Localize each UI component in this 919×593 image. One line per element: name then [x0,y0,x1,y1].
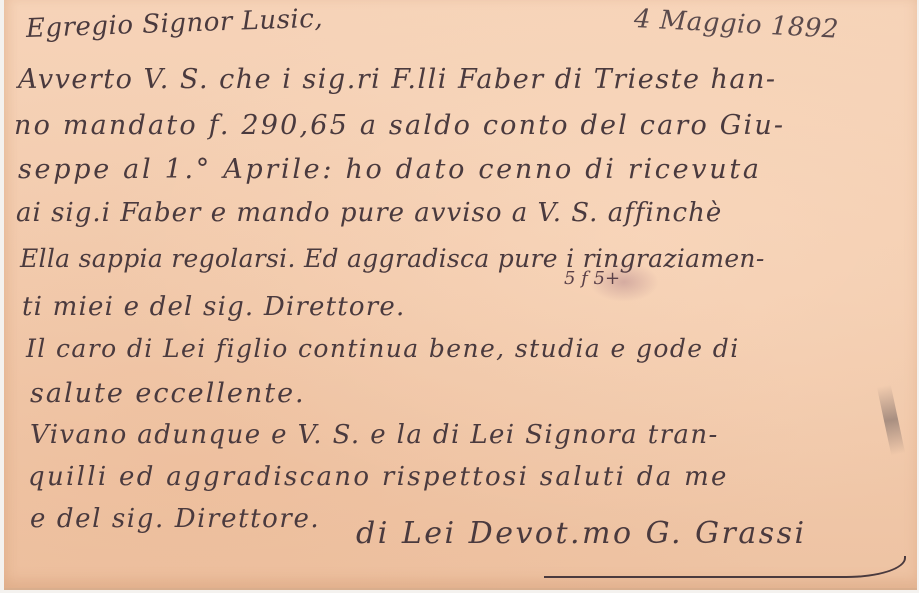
salutation: Egregio Signor Lusic, [25,4,323,44]
body-line-3: seppe al 1.° Aprile: ho dato cenno di ri… [18,154,762,185]
body-line-11: e del sig. Direttore. [30,504,320,534]
body-line-8: salute eccellente. [30,378,306,409]
body-line-9: Vivano adunque e V. S. e la di Lei Signo… [30,420,719,450]
postcard: 4 Maggio 1892 Egregio Signor Lusic, Avve… [4,0,917,590]
body-line-6: ti miei e del sig. Direttore. [22,292,405,322]
body-line-1: Avverto V. S. che i sig.ri F.lli Faber d… [18,64,777,95]
body-line-5: Ella sappia regolarsi. Ed aggradisca pur… [20,244,765,273]
signature-flourish [544,556,906,578]
stain-marks: 5 f 5+ [564,268,620,289]
signature: di Lei Devot.mo G. Grassi [356,516,807,551]
body-line-7: Il caro di Lei figlio continua bene, stu… [26,334,740,363]
edge-smudge [877,384,905,455]
body-line-2: no mandato f. 290,65 a saldo conto del c… [14,110,785,141]
date: 4 Maggio 1892 [633,4,839,45]
body-line-4: ai sig.i Faber e mando pure avviso a V. … [16,198,722,228]
body-line-10: quilli ed aggradiscano rispettosi saluti… [28,462,729,492]
